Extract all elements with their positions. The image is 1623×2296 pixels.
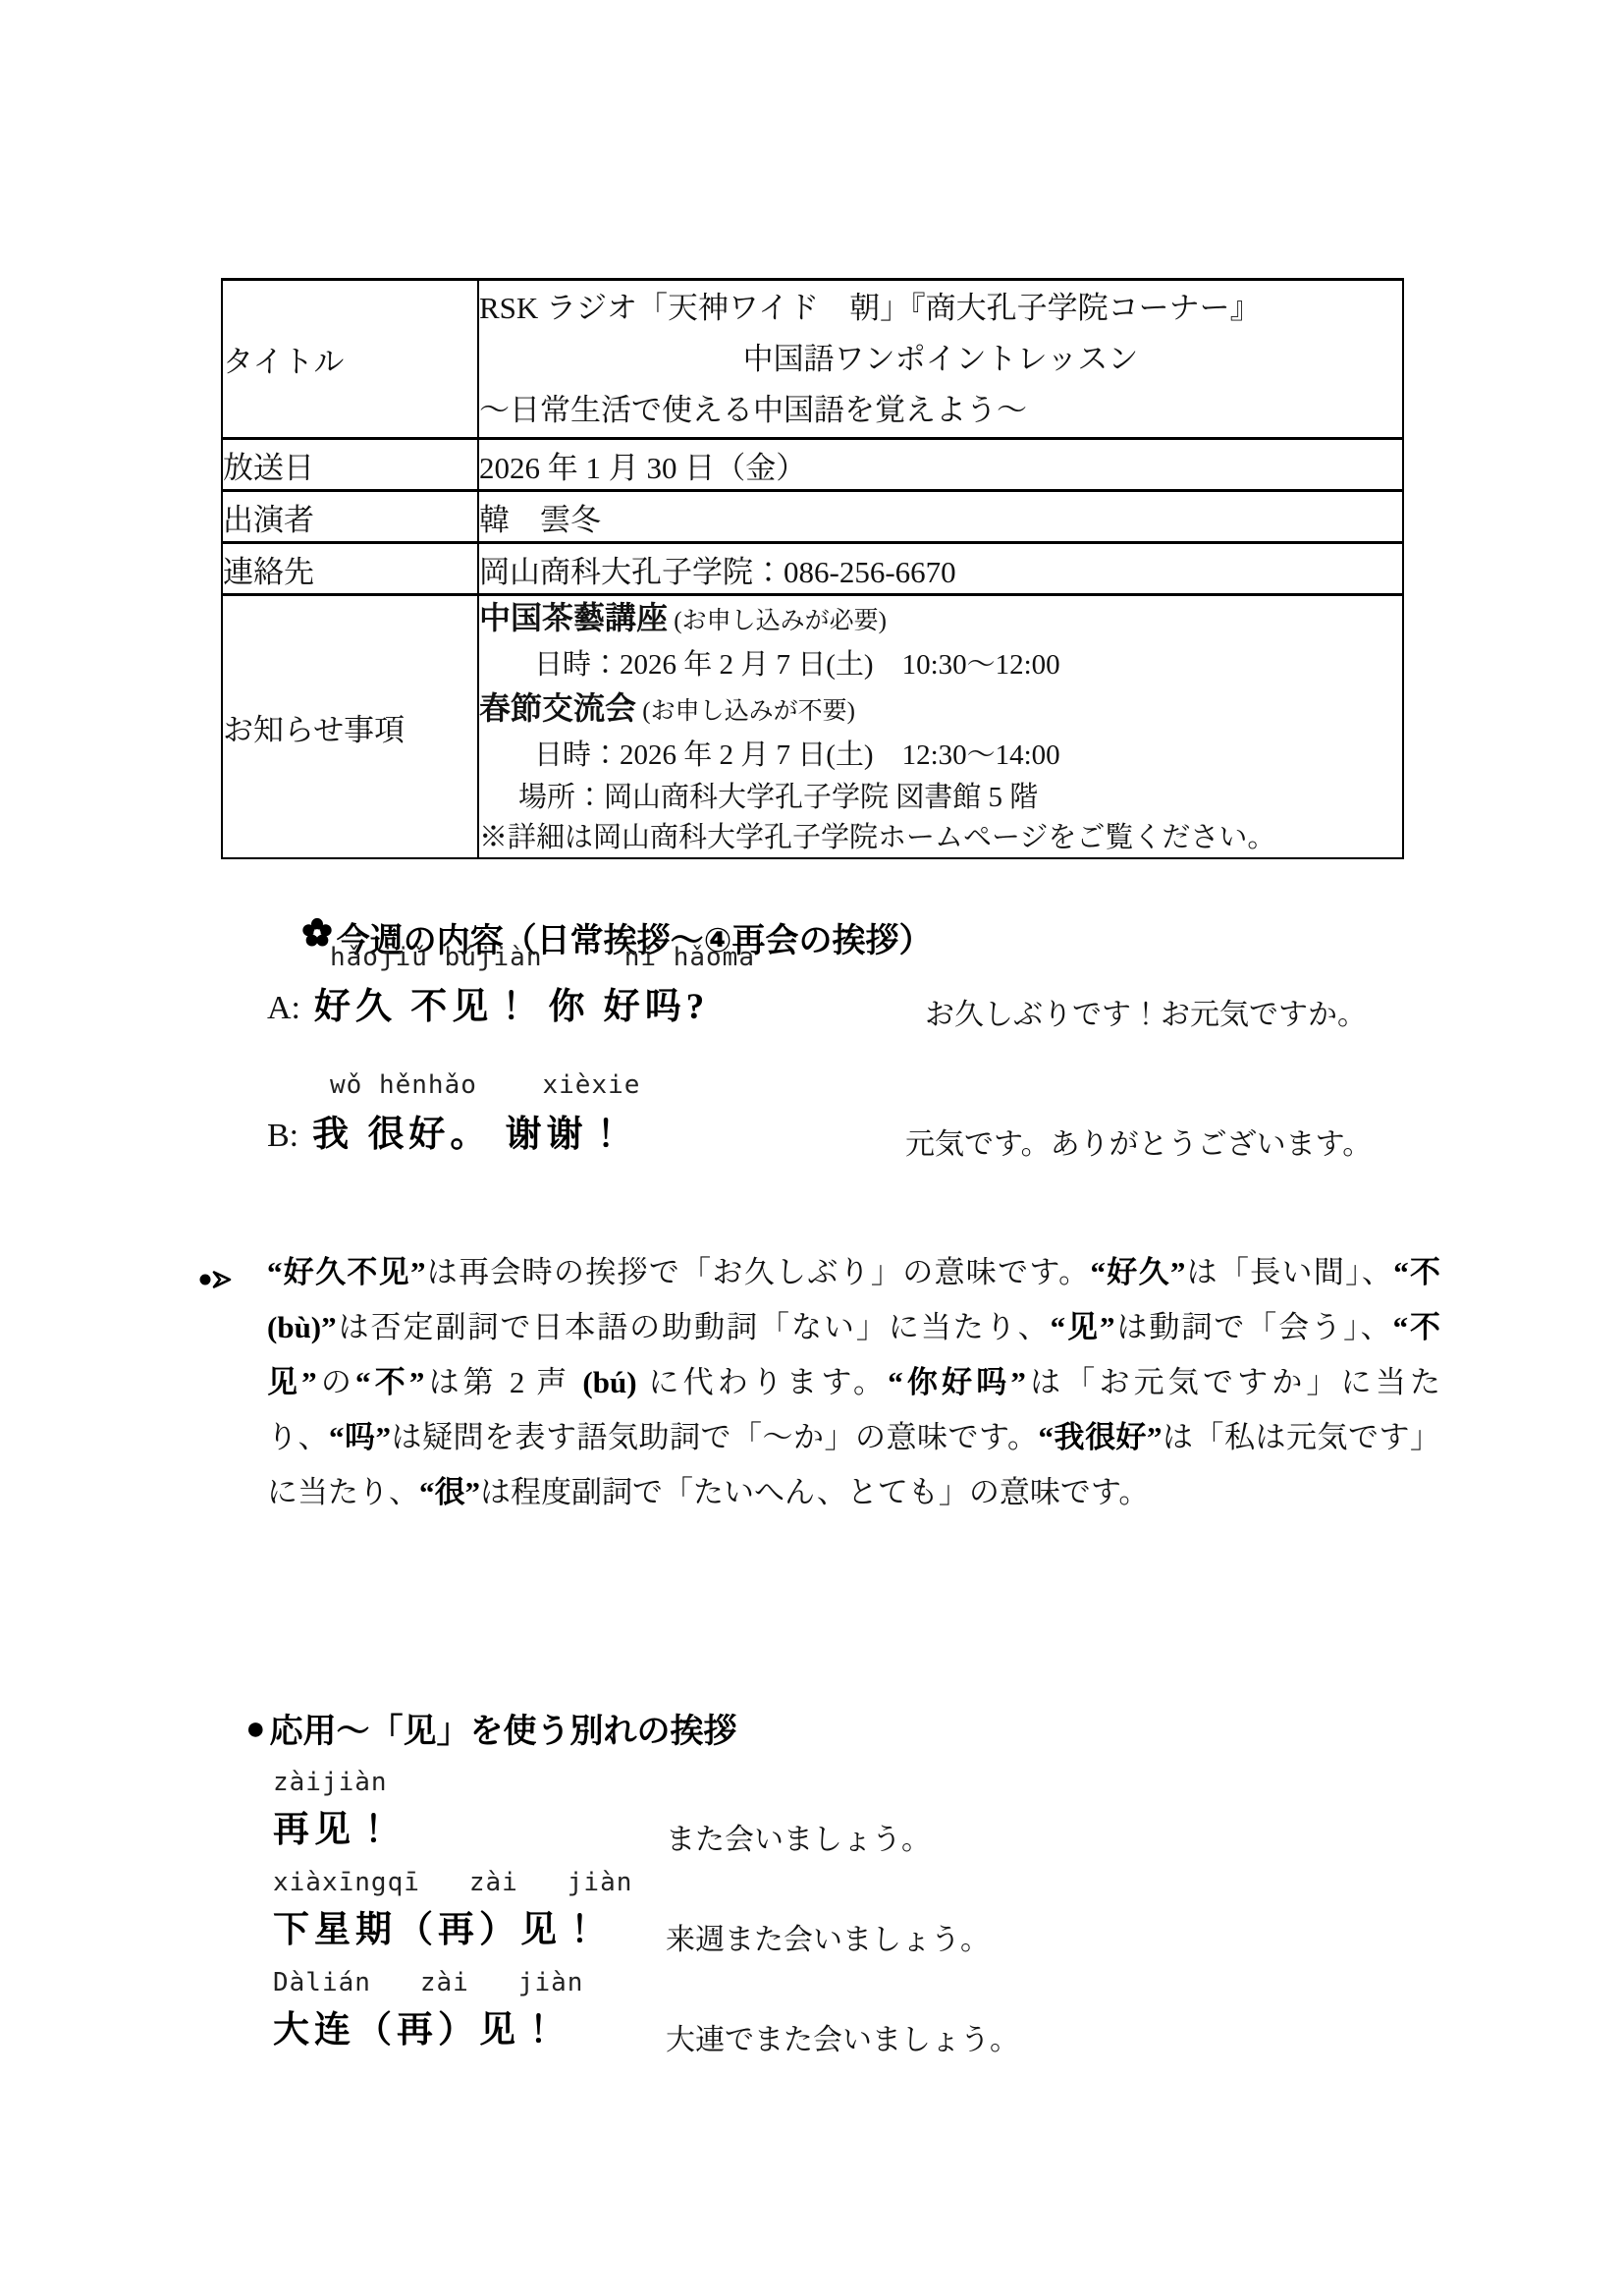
event-place: 場所：岡山商科大学孔子学院 図書館 5 階 bbox=[479, 777, 1402, 818]
title-row-value: RSK ラジオ「天神ワイド 朝」『商大孔子学院コーナー』 中国語ワンポイントレッ… bbox=[478, 280, 1403, 439]
speaker-a: A: bbox=[267, 990, 300, 1027]
dialog-a-pinyin: hǎojiǔ bújiàn nǐ hǎoma bbox=[330, 943, 755, 972]
table-row: 出演者 韓 雲冬 bbox=[222, 491, 1403, 543]
event2-title: 春節交流会 bbox=[479, 690, 636, 726]
notice-value: 中国茶藝講座 (お申し込みが必要) 日時：2026 年 2 月 7 日(土) 1… bbox=[478, 595, 1403, 859]
farewell-2-chinese: 下星期（再）见！ bbox=[273, 1899, 632, 1952]
table-row: 連絡先 岡山商科大孔子学院：086-256-6670 bbox=[222, 543, 1403, 595]
grammar-explanation: “好久不见”は再会時の挨拶で「お久しぶり」の意味です。“好久”は「長い間」、“不… bbox=[267, 1245, 1440, 1520]
farewell-1-japanese: また会いましょう。 bbox=[666, 1815, 931, 1858]
dialog-a-main: A: 好久 不见！ 你 好吗? bbox=[267, 976, 755, 1029]
dialog-b-main: B: 我 很好。 谢谢！ bbox=[267, 1104, 640, 1157]
program-title-line2: 中国語ワンポイントレッスン bbox=[479, 334, 1402, 385]
application-heading: ● 応用～「见」を使う別れの挨拶 bbox=[245, 1704, 737, 1752]
dialog-line-a: hǎojiǔ bújiàn nǐ hǎoma A: 好久 不见！ 你 好吗? お… bbox=[267, 943, 755, 1029]
event2-datetime: 日時：2026 年 2 月 7 日(土) 12:30～14:00 bbox=[479, 734, 1402, 777]
performer-value: 韓 雲冬 bbox=[478, 491, 1403, 543]
farewell-3-japanese: 大連でまた会いましょう。 bbox=[666, 2015, 1019, 2058]
dialog-b-chinese: 我 很好。 谢谢！ bbox=[312, 1104, 629, 1157]
dialog-line-b: wǒ hěnhǎo xièxie B: 我 很好。 谢谢！ 元気です。ありがとう… bbox=[267, 1070, 640, 1157]
performer-label: 出演者 bbox=[222, 491, 478, 543]
program-title-line1: RSK ラジオ「天神ワイド 朝」『商大孔子学院コーナー』 bbox=[479, 283, 1402, 334]
event1-datetime: 日時：2026 年 2 月 7 日(土) 10:30～12:00 bbox=[479, 643, 1402, 686]
dialog-a-chinese: 好久 不见！ 你 好吗? bbox=[314, 976, 709, 1029]
broadcast-date-label: 放送日 bbox=[222, 439, 478, 491]
event-remark: ※詳細は岡山商科大学孔子学院ホームページをご覧ください。 bbox=[479, 818, 1402, 857]
application-heading-text: 応用～「见」を使う別れの挨拶 bbox=[270, 1704, 737, 1752]
table-row: タイトル RSK ラジオ「天神ワイド 朝」『商大孔子学院コーナー』 中国語ワンポ… bbox=[222, 280, 1403, 439]
farewell-3-chinese: 大连（再）见！ bbox=[273, 1999, 583, 2052]
event1-title-line: 中国茶藝講座 (お申し込みが必要) bbox=[479, 596, 1402, 643]
table-row: お知らせ事項 中国茶藝講座 (お申し込みが必要) 日時：2026 年 2 月 7… bbox=[222, 595, 1403, 859]
farewell-1-chinese: 再见！ bbox=[273, 1799, 397, 1852]
event2-note: (お申し込みが不要) bbox=[636, 698, 855, 725]
farewell-1-pinyin: zàijiàn bbox=[273, 1768, 397, 1797]
contact-label: 連絡先 bbox=[222, 543, 478, 595]
contact-value: 岡山商科大孔子学院：086-256-6670 bbox=[478, 543, 1403, 595]
event1-note: (お申し込みが必要) bbox=[668, 608, 887, 634]
notice-label: お知らせ事項 bbox=[222, 595, 478, 859]
dialog-b-japanese: 元気です。ありがとうございます。 bbox=[905, 1120, 1372, 1163]
dialog-a-japanese: お久しぶりです！お元気ですか。 bbox=[925, 990, 1367, 1033]
farewell-item-2: xiàxīngqī zài jiàn 下星期（再）见！ 来週また会いましょう。 bbox=[273, 1868, 632, 1952]
document-page: タイトル RSK ラジオ「天神ワイド 朝」『商大孔子学院コーナー』 中国語ワンポ… bbox=[0, 0, 1623, 2296]
farewell-item-1: zàijiàn 再见！ また会いましょう。 bbox=[273, 1768, 397, 1852]
pen-arrow-bullet-icon bbox=[198, 1269, 236, 1295]
speaker-b: B: bbox=[267, 1118, 298, 1155]
dialog-b-pinyin: wǒ hěnhǎo xièxie bbox=[330, 1070, 640, 1100]
farewell-item-3: Dàlián zài jiàn 大连（再）见！ 大連でまた会いましょう。 bbox=[273, 1968, 583, 2052]
circle-bullet-icon: ● bbox=[245, 1712, 266, 1745]
program-title-line3: ～日常生活で使える中国語を覚えよう～ bbox=[479, 385, 1402, 436]
program-info-table: タイトル RSK ラジオ「天神ワイド 朝」『商大孔子学院コーナー』 中国語ワンポ… bbox=[221, 278, 1404, 859]
table-row: 放送日 2026 年 1 月 30 日（金） bbox=[222, 439, 1403, 491]
farewell-2-japanese: 来週また会いましょう。 bbox=[666, 1915, 990, 1958]
event2-title-line: 春節交流会 (お申し込みが不要) bbox=[479, 686, 1402, 734]
event1-title: 中国茶藝講座 bbox=[479, 600, 668, 635]
farewell-3-pinyin: Dàlián zài jiàn bbox=[273, 1968, 583, 1997]
broadcast-date-value: 2026 年 1 月 30 日（金） bbox=[478, 439, 1403, 491]
title-row-label: タイトル bbox=[222, 280, 478, 439]
farewell-2-pinyin: xiàxīngqī zài jiàn bbox=[273, 1868, 632, 1897]
